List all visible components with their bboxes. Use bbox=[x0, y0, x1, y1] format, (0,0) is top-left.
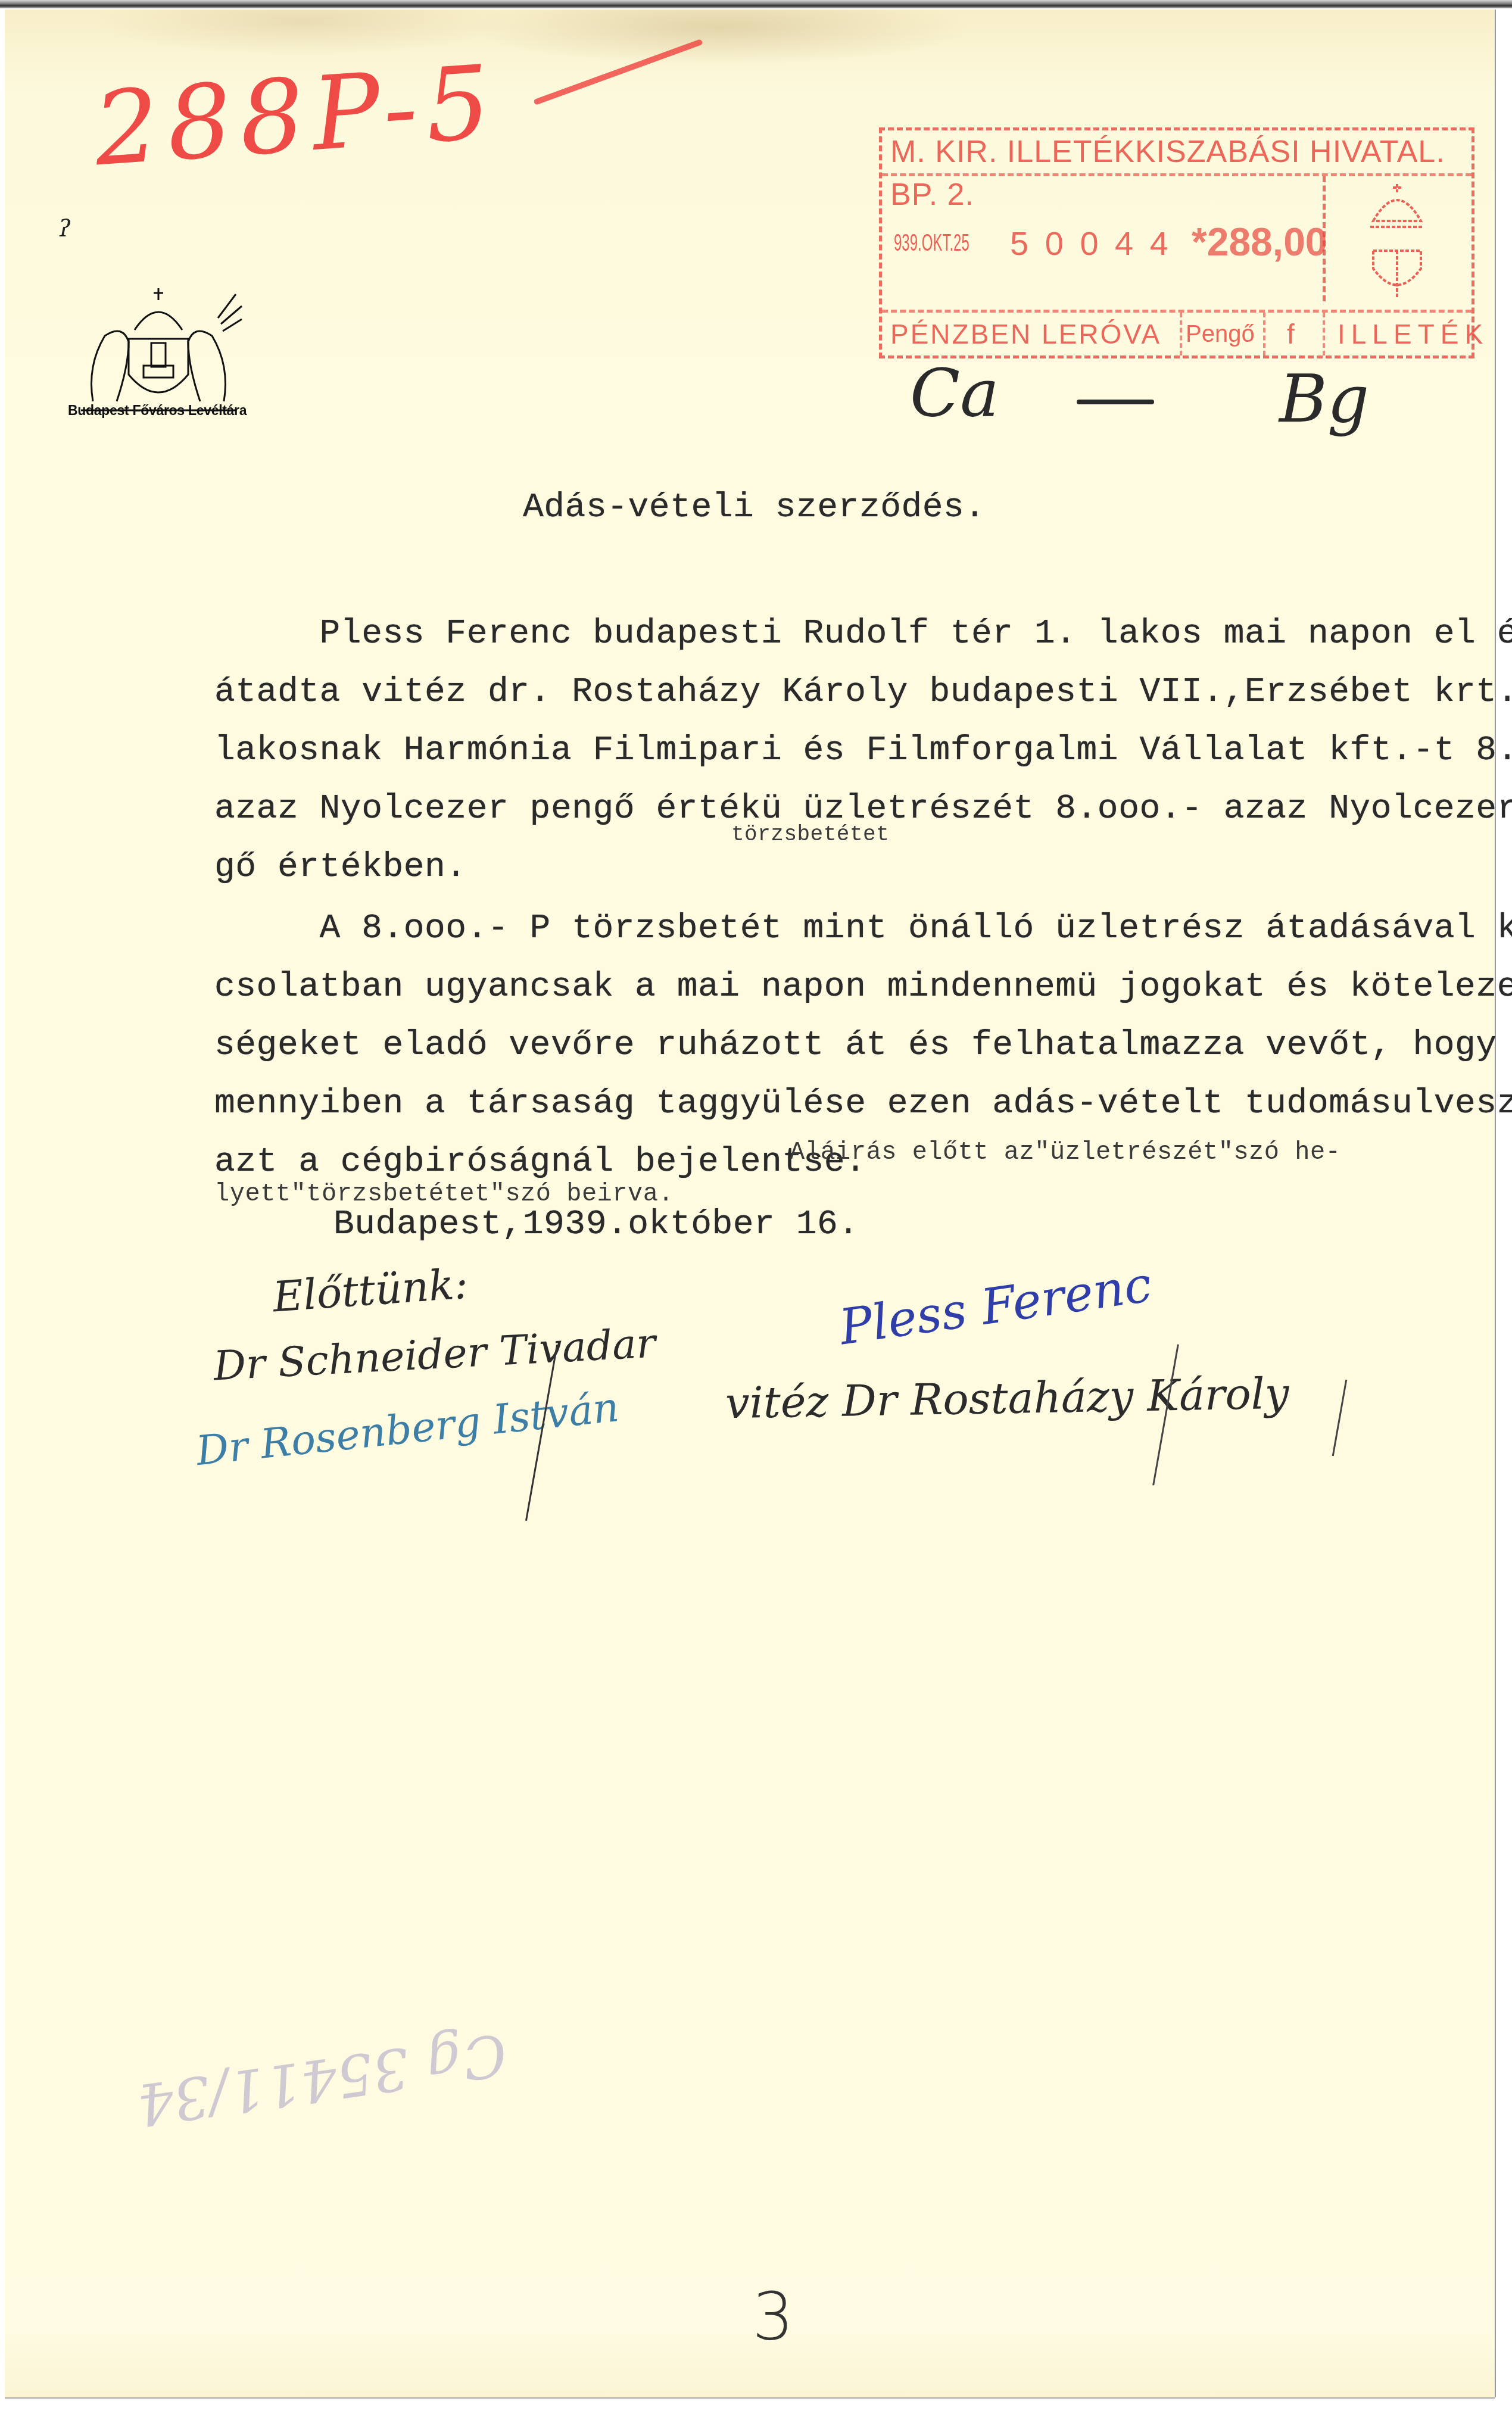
stamp-date: 939.OKT.25 bbox=[894, 230, 969, 257]
stamp-footer: PÉNZBEN LERÓVA Pengő f ILLETÉK bbox=[882, 310, 1472, 355]
stamp-amount: *288,00 bbox=[1192, 219, 1327, 264]
stamp-initial-1: Ca bbox=[910, 355, 999, 431]
buyer-signature: vitéz Dr Rostaházy Károly bbox=[725, 1368, 1289, 1429]
seller-signature: Pless Ferenc bbox=[836, 1256, 1155, 1356]
scanner-edge bbox=[0, 0, 1512, 8]
budapest-coat-of-arms-icon bbox=[69, 282, 248, 419]
stamp-footer-filler: f bbox=[1287, 313, 1295, 355]
body-line: azaz Nyolcezer pengő értékü üzletrészét … bbox=[214, 792, 1512, 827]
annotation-line-1: Aláirás előtt az"üzletrészét"szó he- bbox=[790, 1140, 1340, 1165]
stamp-serial: 5 0 0 4 4 bbox=[1010, 224, 1172, 263]
body-line: ségeket eladó vevőre ruházott át és felh… bbox=[214, 1028, 1512, 1063]
stamp-footer-duty: ILLETÉK bbox=[1338, 313, 1489, 355]
body-line: gő értékben. bbox=[214, 850, 467, 885]
body-line: A 8.ooo.- P törzsbetét mint önálló üzlet… bbox=[214, 912, 1512, 946]
annotation-line-2: lyett"törzsbetétet"szó beirva. bbox=[214, 1181, 674, 1206]
body-line: mennyiben a társaság taggyülése ezen adá… bbox=[214, 1087, 1512, 1121]
duty-stamp: M. KIR. ILLETÉKKISZABÁSI HIVATAL. BP. 2.… bbox=[879, 127, 1474, 358]
archival-pencil-mark: Cg 35411/34 bbox=[133, 2020, 511, 2138]
body-line: átadta vitéz dr. Rostaházy Károly budape… bbox=[214, 675, 1512, 710]
document-title: Adás-vételi szerződés. bbox=[523, 491, 986, 525]
body-line: lakosnak Harmónia Filmipari és Filmforga… bbox=[214, 734, 1512, 768]
stamp-dash bbox=[1077, 400, 1154, 404]
page-number: 3 bbox=[752, 2278, 794, 2354]
stamp-initial-2: Bg bbox=[1279, 361, 1369, 437]
body-line: azt a cégbiróságnál bejelentse. bbox=[214, 1145, 866, 1180]
witness-signature-2: Dr Rosenberg István bbox=[194, 1384, 621, 1475]
body-line: csolatban ugyancsak a mai napon mindenne… bbox=[214, 970, 1512, 1005]
red-pencil-reference: 288P-5 bbox=[91, 43, 502, 189]
witness-signature-1: Dr Schneider Tivadar bbox=[212, 1320, 657, 1390]
stamp-footer-paid: PÉNZBEN LERÓVA bbox=[890, 313, 1161, 355]
stamp-crest-cell bbox=[1323, 176, 1472, 301]
place-date: Budapest,1939.október 16. bbox=[333, 1208, 859, 1242]
hungarian-crown-crest-icon bbox=[1361, 179, 1433, 298]
stamp-footer-currency: Pengő bbox=[1186, 313, 1255, 355]
correction-overtype: törzsbetétet bbox=[731, 824, 889, 846]
archive-caption: Budapest Főváros Levéltára bbox=[68, 403, 247, 419]
margin-ink-mark: ʔ bbox=[58, 215, 71, 242]
witness-label: Előttünk: bbox=[272, 1259, 470, 1322]
red-pencil-stroke bbox=[533, 39, 703, 105]
signature-line bbox=[1332, 1380, 1348, 1457]
stamp-header: M. KIR. ILLETÉKKISZABÁSI HIVATAL. BP. 2. bbox=[882, 130, 1472, 176]
document-page: 288P-5 Budapest Főváros Levéltára ʔ M. K… bbox=[5, 10, 1495, 2397]
stamp-body: 939.OKT.25 5 0 0 4 4 *288,00 bbox=[882, 176, 1320, 301]
body-line: Pless Ferenc budapesti Rudolf tér 1. lak… bbox=[214, 617, 1512, 651]
